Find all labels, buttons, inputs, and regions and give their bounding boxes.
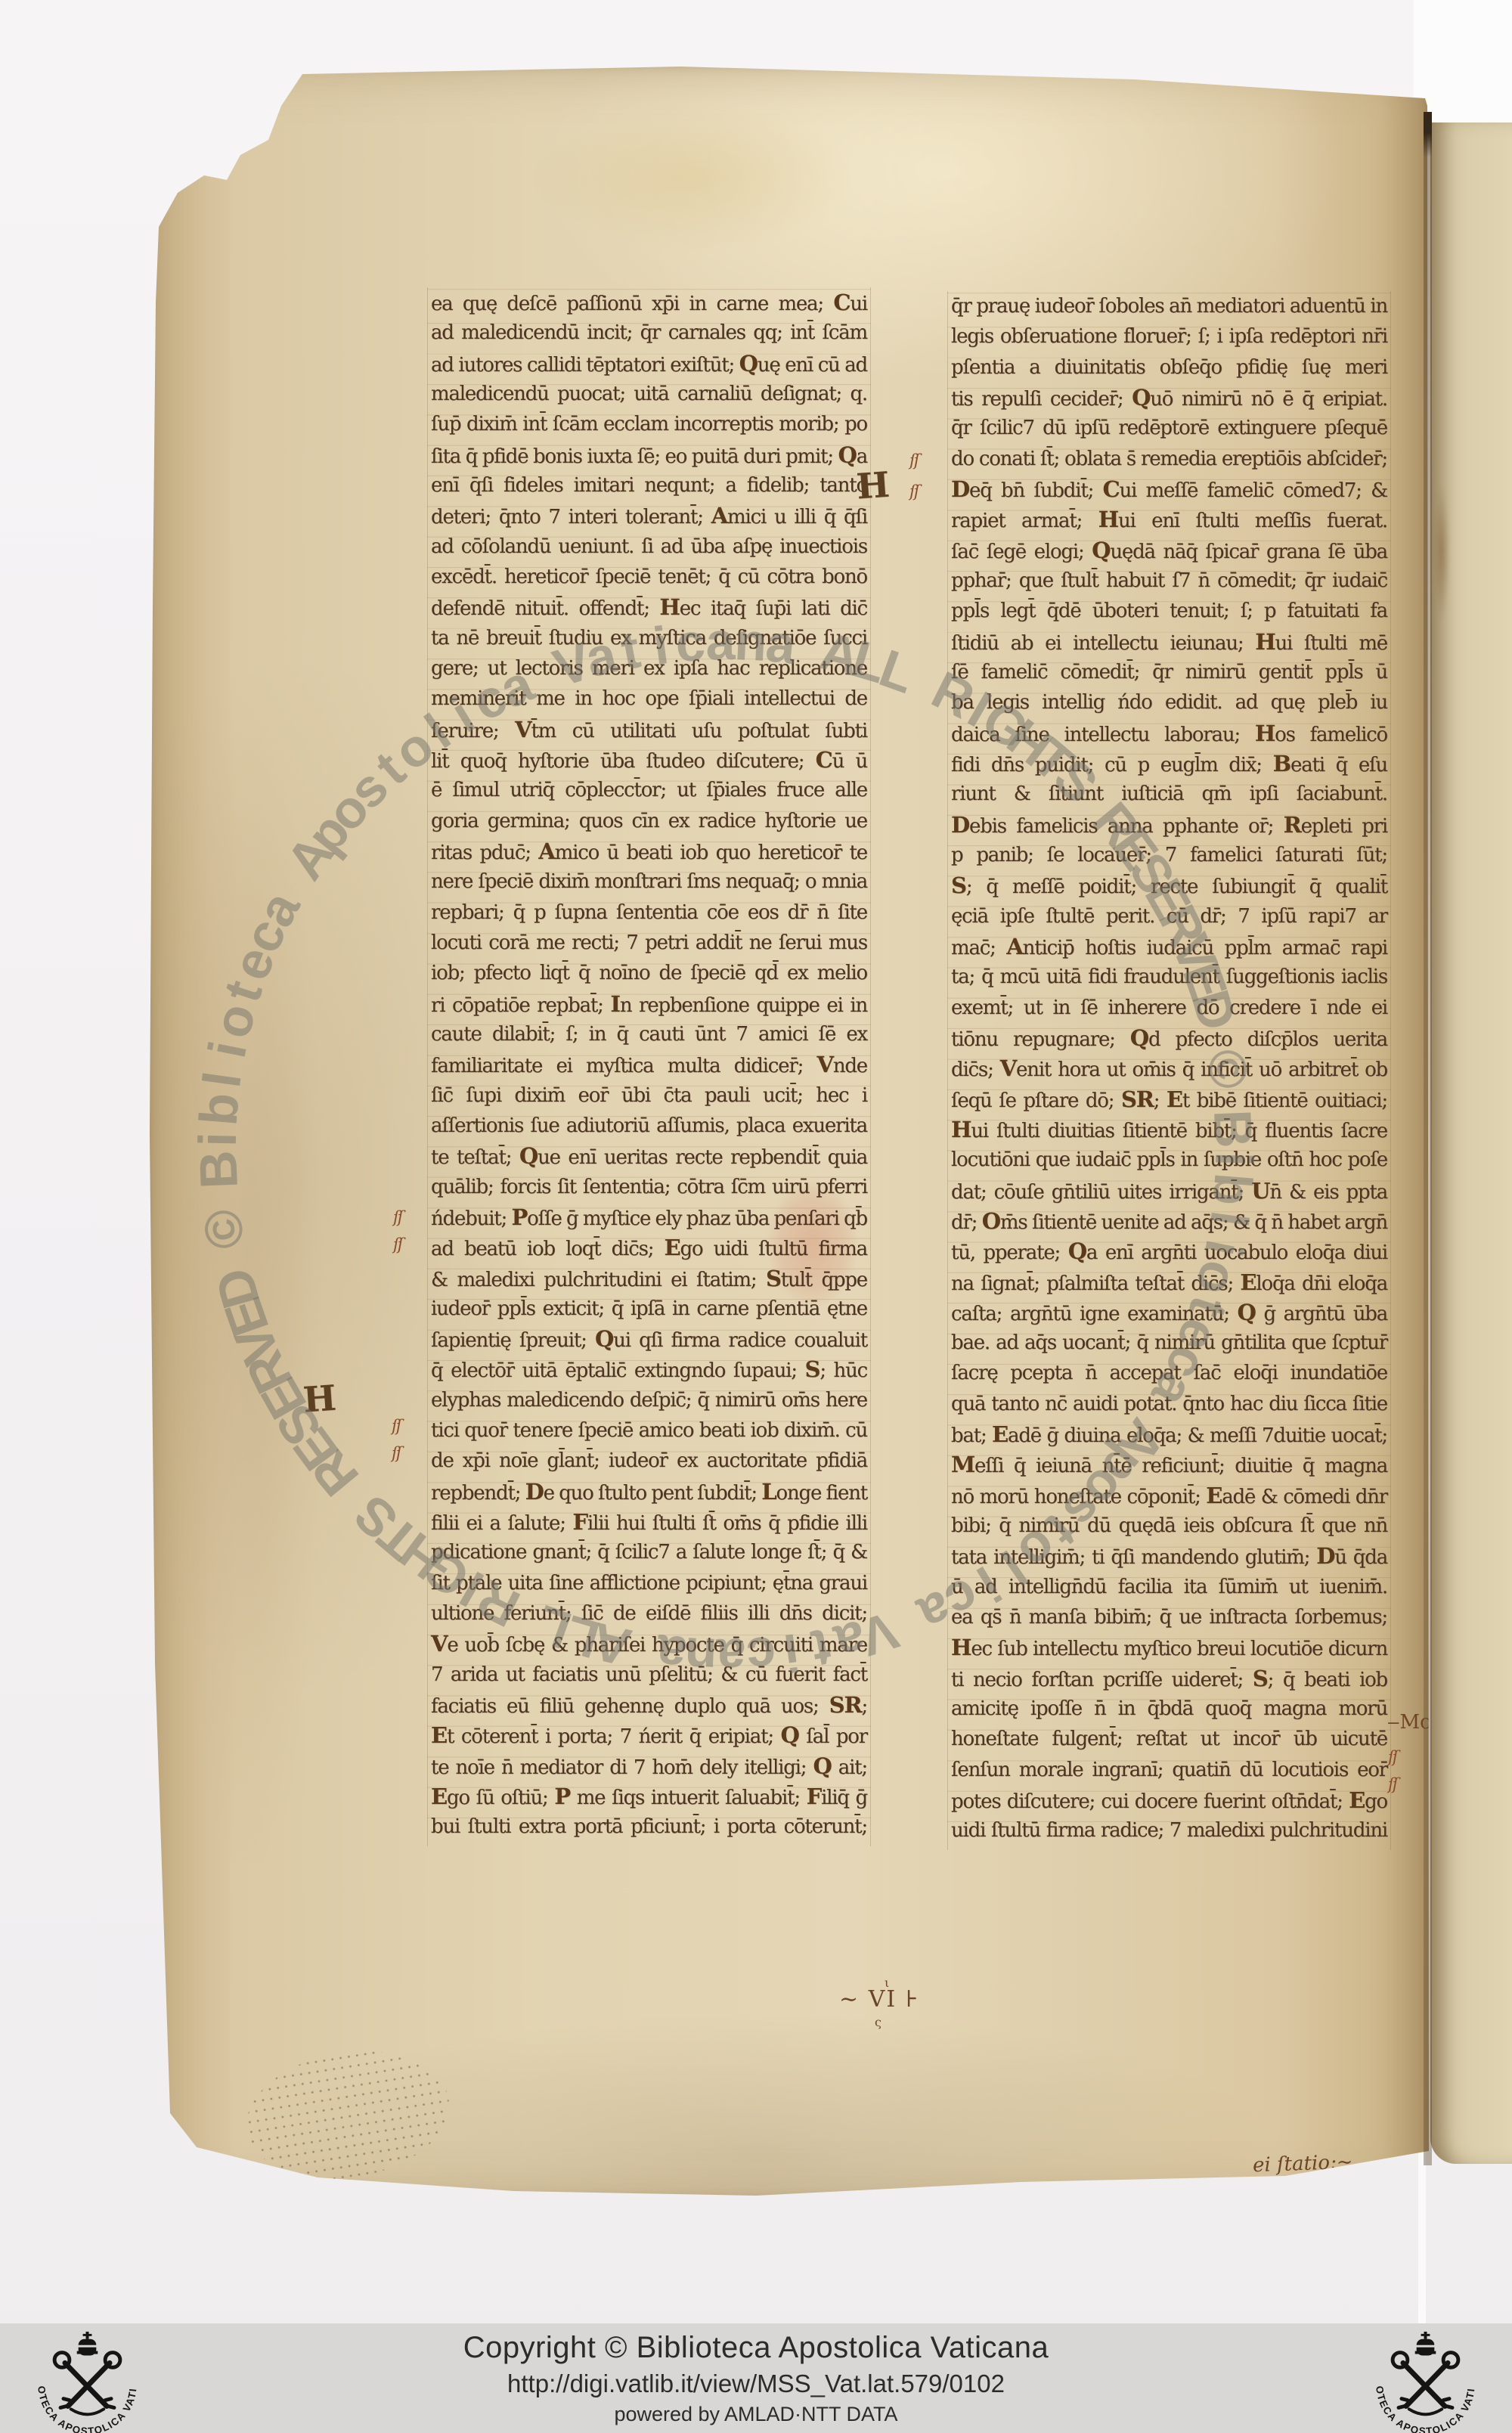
- manuscript-text-line: honeſtate fulgent̄; reſtat ut incor̄ ūb …: [948, 1724, 1390, 1754]
- manuscript-text-line: Ve uob̄ ſcbę & phariſei hypocte q̄ circu…: [428, 1629, 870, 1659]
- manuscript-text-line: daica ſine intellectu laborau; Hos famel…: [948, 718, 1390, 748]
- manuscript-text-line: ta; q̄ mcū uitā fidi fraudulent̄ ſuggeſt…: [948, 962, 1390, 992]
- manuscript-text-line: gere; ut lectoris meri ex ipſa hac repli…: [428, 653, 870, 683]
- manuscript-text-line: amicitę ipoſſe n̄ in q̄bdā quoq̄ magna m…: [948, 1694, 1390, 1724]
- footer: Copyright © Biblioteca Apostolica Vatica…: [0, 2323, 1512, 2433]
- backdrop-seam-strip: [1418, 2147, 1426, 2324]
- manuscript-text-line: q̄ electōr̄ uitā ēptalic̄ extingndo ſupa…: [428, 1354, 870, 1384]
- parchment-speckles: [237, 2038, 458, 2193]
- vatican-library-emblem-right: BIBLIOTECA APOSTOLICA VATICANA: [1359, 2329, 1492, 2433]
- manuscript-text-line: tū, pperate; Qa enī argn̄ti uocabulo elo…: [948, 1236, 1390, 1266]
- manuscript-text-line: 7 arida ut faciatis unū pſelitū; & cū fu…: [428, 1660, 870, 1690]
- manuscript-text-line: deteri; q̄nto 7 interi tolerant̄; Amici …: [428, 501, 870, 531]
- manuscript-text-line: tici quor̄ tenere ſpeciē amico beati iob…: [428, 1415, 870, 1446]
- manuscript-text-line: Debis famelicis anna pphante or̄; Replet…: [948, 810, 1390, 840]
- nota-mark: ſſ: [909, 451, 919, 470]
- nota-mark: ſſ: [392, 1444, 401, 1462]
- footer-text-block: Copyright © Biblioteca Apostolica Vatica…: [0, 2323, 1512, 2433]
- manuscript-page: ea quę deſcē paſſionū xp̄i in carne mea;…: [147, 64, 1429, 2200]
- manuscript-text-line: de xp̄i noīe gl̄ant̄; iudeor̄ ex auctori…: [428, 1446, 870, 1476]
- watermark-letter: t: [364, 739, 417, 796]
- manuscript-text-line: ſē famelic̄ cōmedit̄; q̄r nimirū gentit̄…: [948, 657, 1390, 687]
- manuscript-text-line: goria germina; quos cīn ex radice hyſtor…: [428, 806, 870, 836]
- manuscript-text-line: nō morū honeſtate cōponit̄; Eadē & cōmed…: [948, 1480, 1390, 1511]
- margin-initial-h: H: [302, 1378, 337, 1421]
- manuscript-text-line: locutiōni que iudaic̄ ppl̄s in ſupbie oſ…: [948, 1145, 1390, 1175]
- manuscript-text-line: repbari; q̄ p ſupna ſententia cōe eos dr…: [428, 897, 870, 928]
- manuscript-text-line: ba legis intellig ńdo edidit. ad quę ple…: [948, 687, 1390, 718]
- manuscript-text-line: caſta; argn̄tū igne examinatū; Q ḡ argn̄…: [948, 1297, 1390, 1328]
- manuscript-text-line: tiōnu repugnare; Qd pfecto diſcp̄los uer…: [948, 1023, 1390, 1053]
- manuscript-text-line: filii ei a ſalute; Filii hui ſtulti ſt̄ …: [428, 1507, 870, 1537]
- underlying-page-edge: [1430, 122, 1512, 2164]
- manuscript-text-line: aſſertionis ſue adiutoriū aſſumis, placa…: [428, 1111, 870, 1141]
- manuscript-text-line: te teſtat̄; Que enī ueritas recte repben…: [428, 1141, 870, 1171]
- manuscript-text-line: Meſſi q̄ ieiunā nt̄ē reficiunt̄; diuitie…: [948, 1449, 1390, 1480]
- manuscript-text-line: quā tanto nc̄ auidi potat. q̄nto hac diu…: [948, 1389, 1390, 1419]
- manuscript-text-line: p panib; ſe locauer̄; 7 famelici ſaturat…: [948, 840, 1390, 870]
- manuscript-text-line: pdicatione gnant̄; q̄ ſcilic7 a ſalute l…: [428, 1537, 870, 1567]
- manuscript-text-line: familiaritate ei myſtica multa didicer̄;…: [428, 1049, 870, 1080]
- manuscript-text-line: ſit ptale uita ſine afflictione pcipiunt…: [428, 1568, 870, 1598]
- manuscript-text-line: potes diſcutere; cui docere fuerint oſtn…: [948, 1785, 1390, 1815]
- parchment-stain: [178, 730, 321, 1864]
- manuscript-text-line: ē ſimul utriq̄ cōplecct̄or; ut ſp̄iales …: [428, 775, 870, 805]
- manuscript-text-line: mac̄; Anticip̄ hoſtis iudaicū ppl̄m arma…: [948, 931, 1390, 962]
- manuscript-text-line: enī q̄ſi fideles imitari nequnt; a fidel…: [428, 470, 870, 501]
- manuscript-text-line: ti necio forſtan pcriſſe uideret̄; S; q̄…: [948, 1663, 1390, 1694]
- watermark-letter: o: [314, 778, 380, 842]
- nota-mark: ſſ: [393, 1235, 402, 1254]
- watermark-letter: p: [294, 801, 361, 864]
- manuscript-text-line: uidi ſtultū firma radice; 7 maledixi pul…: [948, 1815, 1390, 1846]
- nota-mark: ſſ: [393, 1208, 402, 1226]
- underlying-page-stain: [1433, 484, 1450, 620]
- manuscript-text-line: q̄r prauę iudeor̄ ſoboles an̄ mediatori …: [948, 291, 1390, 321]
- quire-mark-flourish-bottom: ς: [875, 2015, 881, 2029]
- manuscript-text-line: elyphas maledicendo deſpic̄; q̄ nimirū o…: [428, 1385, 870, 1415]
- nota-mark: ſſ: [1388, 1775, 1397, 1793]
- quire-signature: ∼ VI ⊦: [839, 1986, 920, 2013]
- watermark-letter: T: [366, 1504, 429, 1571]
- manuscript-text-line: dic̄s; Venit hora ut om̄is q̄ inficit̄ u…: [948, 1053, 1390, 1083]
- manuscript-text-line: ſenſun morale ingranī; quatin̄ dū locuti…: [948, 1755, 1390, 1785]
- manuscript-text-line: na ſignat̄; pſalmiſta teſtat̄ dic̄s; Elo…: [948, 1267, 1390, 1297]
- manuscript-text-line: iudeor̄ ppl̄s exticit; q̄ ipſā in carne …: [428, 1294, 870, 1324]
- manuscript-text-line: nere ſpeciē dixim̄ monſtrari ſms nequaq̄…: [428, 866, 870, 897]
- text-column-right: q̄r prauę iudeor̄ ſoboles an̄ mediatori …: [947, 291, 1391, 1850]
- scan-backdrop-highlight: [1414, 0, 1512, 129]
- manuscript-text-line: rapiet armat̄; Hui enī ſtulti meſſis fue…: [948, 504, 1390, 535]
- manuscript-text-line: ſup̄ dixim̄ int̄ ſcām ecclam incorreptis…: [428, 409, 870, 439]
- manuscript-text-line: pſentia a diuinitatis obſeq̄o pfidię ſuę…: [948, 352, 1390, 383]
- manuscript-text-line: bat; Eadē ḡ diuina eloq̄a; & meſſi 7duit…: [948, 1419, 1390, 1449]
- manuscript-text-line: quālib; forcis ſit ſententia; cōtra ſc̄m…: [428, 1172, 870, 1202]
- manuscript-text-line: exemt̄; ut in ſē inherere dō credere ī n…: [948, 993, 1390, 1023]
- copyright-line: Copyright © Biblioteca Apostolica Vatica…: [463, 2331, 1049, 2365]
- manuscript-text-line: ſita q̄ pfidē bonis iuxta ſē; eo puitā d…: [428, 440, 870, 470]
- manuscript-text-line: do conati ſt̄; oblata s̄ remedia ereptiō…: [948, 444, 1390, 474]
- manuscript-text-line: riunt & ſitiunt iuſticiā qm̄ ipſi ſaciab…: [948, 779, 1390, 809]
- manuscript-text-line: repbendt̄; De quo ſtulto pent ſubdit̄; L…: [428, 1477, 870, 1507]
- manuscript-text-line: Hec ſub intellectu myſtico breui locutiō…: [948, 1632, 1390, 1663]
- manuscript-text-line: caute dilabit̄; ſ; in q̄ cauti ūnt 7 ami…: [428, 1019, 870, 1049]
- manuscript-text-line: Ego ſū oſtiū; P me ſiqs intuerit ſaluabi…: [428, 1781, 870, 1812]
- quire-suffix: ⊦: [906, 1986, 920, 2013]
- manuscript-text-line: faciatis eū filiū gehennę duplo quā uos;…: [428, 1690, 870, 1720]
- nota-mark: ſſ: [392, 1417, 401, 1435]
- manuscript-text-line: Deq̄ bn̄ ſubdit̄; Cui meſſē famelic̄ cōm…: [948, 474, 1390, 504]
- manuscript-text-line: S; q̄ meſſē poidit̄; recte ſubiungit̄ q̄…: [948, 870, 1390, 900]
- manuscript-text-line: excēdt̄. hereticor̄ ſpeciē tenēt; q̄ cū …: [428, 562, 870, 592]
- margin-initial-h: H: [855, 464, 891, 507]
- manuscript-text-line: ńdebuit; Poſſe ḡ myſtice ely phaz ūba pe…: [428, 1202, 870, 1232]
- digitized-manuscript-scan: { "footer": { "line1": "Copyright © Bibl…: [0, 0, 1512, 2433]
- manuscript-text-line: ad cōſolandū ueniunt. ſi ad ūba aſpę inu…: [428, 532, 870, 562]
- manuscript-text-line: ea qs̄ n̄ manſa bibim̄; q̄ ue inſtracta …: [948, 1602, 1390, 1632]
- manuscript-text-line: ſic̄ ſupi dixim̄ eor̄ ūbi c̄ta pauli uci…: [428, 1080, 870, 1111]
- quire-label: VI: [869, 1986, 897, 2013]
- manuscript-text-line: ritas pduc̄; Amico ū beati iob quo heret…: [428, 836, 870, 866]
- watermark-letter: S: [342, 1483, 409, 1551]
- text-column-left: ea quę deſcē paſſionū xp̄i in carne mea;…: [427, 287, 871, 1846]
- manuscript-text-line: locuti corā me recti; 7 petri addit̄ ne …: [428, 928, 870, 958]
- manuscript-text-line: ſeqū ſe pſtare dō; SR; Et bibē ſitientē …: [948, 1084, 1390, 1114]
- manuscript-text-line: te noīe n̄ mediator di 7 hom̄ dely itell…: [428, 1751, 870, 1781]
- manuscript-text-line: meminerit me in hoc ope ſp̄iali intellec…: [428, 683, 870, 714]
- manuscript-text-line: Et cōterent̄ i porta; 7 ńerit q̄ eripiat…: [428, 1720, 870, 1750]
- manuscript-text-line: ſeruire; Vt̄m cū utilitati uſu poſtulat …: [428, 714, 870, 745]
- manuscript-text-line: ſtidiū ab ei intellectu ieiunau; Hui ſtu…: [948, 627, 1390, 657]
- source-url: http://digi.vatlib.it/view/MSS_Vat.lat.5…: [507, 2369, 1005, 2398]
- nota-mark: ſſ: [1388, 1748, 1397, 1766]
- manuscript-text-line: dr̄; Om̄s ſitientē uenite ad aq̄s; & q̄ …: [948, 1206, 1390, 1236]
- manuscript-text-line: maledicendū puocat; uitā carnaliū deſign…: [428, 379, 870, 409]
- manuscript-text-line: ri cōpatiōe repbat̄; In repbenſione quip…: [428, 989, 870, 1019]
- manuscript-text-line: fidi dn̄s puidit; cū p eugl̄m dix̄; Beat…: [948, 748, 1390, 779]
- manuscript-text-line: Hui ſtulti diuitias ſitientē bibt̄; q̄ f…: [948, 1114, 1390, 1145]
- manuscript-text-line: ad maledicendū incit; q̄r carnales qq; i…: [428, 318, 870, 348]
- manuscript-text-line: iob; pfecto liqt̄ q̄ noīno de ſpeciē qd̄…: [428, 958, 870, 988]
- manuscript-text-line: ęciā ipſe ſtultē perit. cū dr̄; 7 ipſū r…: [948, 901, 1390, 931]
- manuscript-text-line: ea quę deſcē paſſionū xp̄i in carne mea;…: [428, 287, 870, 318]
- manuscript-text-line: ſacrę pcepta n̄ accepat ſac̄ eloq̄i inun…: [948, 1358, 1390, 1388]
- vatican-library-emblem-left: BIBLIOTECA APOSTOLICA VATICANA: [21, 2329, 153, 2433]
- manuscript-text-line: q̄r ſcilic7 dū ipſū redēptorē extinguere…: [948, 413, 1390, 443]
- manuscript-text-line: ad beatū iob loqt̄ dic̄s; Ego uidi ſtult…: [428, 1232, 870, 1263]
- manuscript-text-line: ppl̄s legt̄ q̄dē ūboteri tenuit; ſ; p fa…: [948, 596, 1390, 626]
- parchment-stain: [529, 102, 854, 253]
- manuscript-text-line: bae. ad aq̄s uocant̄; q̄ nimirū gn̄tilit…: [948, 1328, 1390, 1358]
- manuscript-text-line: ū ad intellign̄dū facilia ita ſūmim̄ ut …: [948, 1572, 1390, 1602]
- manuscript-text-line: pphar̄; que ſtult̄ habuit ſ7 n̄ cōmedit;…: [948, 566, 1390, 596]
- manuscript-text-line: bui ſtulti extra portā pficiunt̄; i port…: [428, 1812, 870, 1842]
- manuscript-text-line: ultione feriunt̄; ſic̄ de eiſdē filiis i…: [428, 1598, 870, 1629]
- manuscript-text-line: & maledixi pulchritudini ei ſtatim; Stul…: [428, 1263, 870, 1294]
- manuscript-text-line: ad iutores callidi tēptatori exiſtūt; Qu…: [428, 349, 870, 379]
- manuscript-text-line: legis obſeruatione floruer̄; ſ; i ipſa r…: [948, 321, 1390, 352]
- manuscript-text-line: tis repulſi cecider̄; Quō nimirū nō ē q̄…: [948, 383, 1390, 413]
- nota-mark: ſſ: [909, 482, 919, 501]
- manuscript-text-line: ta nē breuit̄ ſtudiu ex myſtica deſignat…: [428, 623, 870, 653]
- manuscript-text-line: ſapientię ſpreuit; Qui qſi firma radice …: [428, 1324, 870, 1354]
- manuscript-text-line: lit̄ quoq̄ hyſtorie ūba ſtudeo diſcutere…: [428, 745, 870, 775]
- quire-prefix: ∼: [839, 1986, 860, 2013]
- watermark-letter: s: [336, 757, 400, 820]
- manuscript-text-line: bibi; q̄ nimirū dū quędā ieis obſcura ſt…: [948, 1511, 1390, 1541]
- watermark-letter: L: [872, 637, 923, 705]
- page-gutter-shadow: [1424, 112, 1432, 2165]
- manuscript-text-line: ſac̄ ſegē elogi; Quędā nāq̄ ſpicar̄ gran…: [948, 535, 1390, 566]
- manuscript-text-line: defendē nituit̄. offendt̄; Hec itaq̄ ſup…: [428, 592, 870, 622]
- manuscript-text-line: dat; cōuſe gn̄tiliū uites irrigant̄; Un̄…: [948, 1176, 1390, 1206]
- powered-by-line: powered by AMLAD·NTT DATA: [614, 2403, 897, 2426]
- manuscript-text-line: tata intelligim̄; ti q̄ſi mandendo gluti…: [948, 1541, 1390, 1571]
- catchword: ei ſtatio;~: [1253, 2151, 1353, 2177]
